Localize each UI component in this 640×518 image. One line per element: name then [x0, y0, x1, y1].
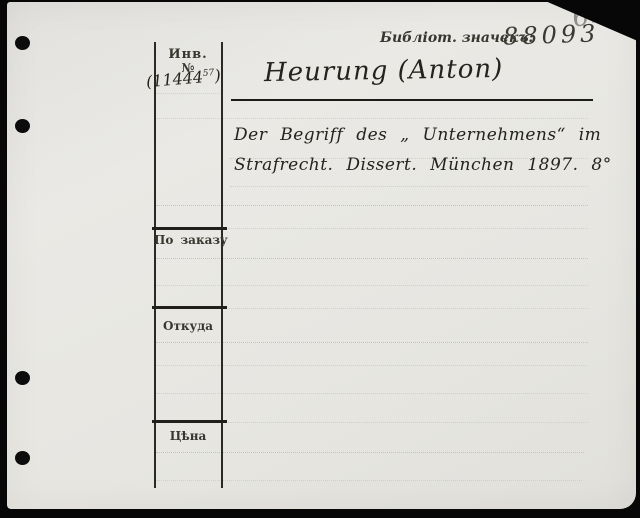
hole-punch-icon: [15, 36, 30, 50]
ruled-line: [230, 186, 588, 187]
title-line-1: Der Begriff des „ Unternehmens“ im: [234, 125, 601, 145]
row-label-tsena: Цѣна: [154, 429, 222, 443]
ruled-line: [228, 422, 588, 423]
ruled-line: [228, 228, 588, 229]
title-line-2: Strafrecht. Dissert. München 1897. 8°: [234, 155, 612, 175]
hole-punch-icon: [15, 451, 30, 465]
author-underline: [231, 99, 593, 101]
row-label-po-zakazu: По заказу: [154, 233, 222, 247]
row-label-otkuda: Откуда: [154, 319, 222, 333]
inventory-number-superscript: 57: [202, 68, 214, 79]
author-heading: Heurung (Anton): [264, 54, 504, 88]
cell-divider: [152, 420, 227, 423]
hole-punch-icon: [15, 371, 30, 385]
scan-background: Инв. № (1144457) По заказу Откуда Цѣна 6…: [0, 0, 640, 518]
stamp-number: 88093: [503, 19, 600, 50]
inventory-label-line1: Инв.: [154, 47, 222, 62]
ruled-line: [156, 480, 582, 481]
cell-divider: [152, 227, 227, 230]
cell-divider: [152, 306, 227, 309]
hole-punch-icon: [15, 119, 30, 133]
ruled-line: [228, 308, 588, 309]
ruled-line: [156, 93, 222, 94]
